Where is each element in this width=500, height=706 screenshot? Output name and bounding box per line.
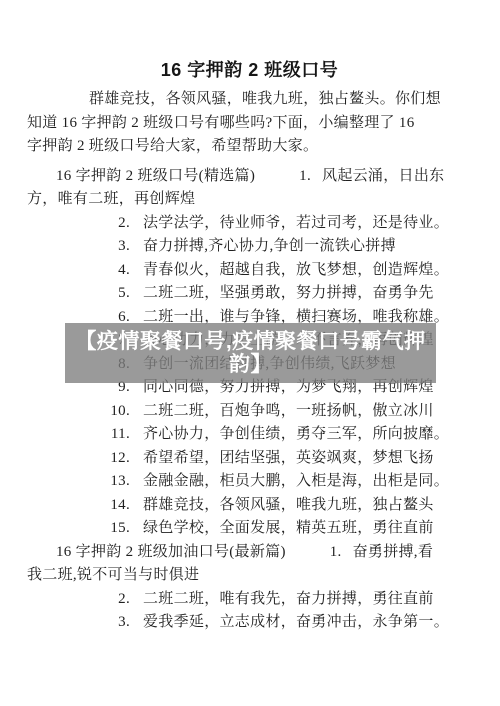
list-item: 11.齐心协力，争创佳绩，勇夺三军，所向披靡。 (27, 423, 472, 447)
item-text: 二班二班，唯有我先，奋力拼搏，勇往直前 (143, 591, 434, 607)
list-item: 14.群雄竞技，各领风骚，唯我九班，独占鳌头 (27, 494, 472, 518)
list-item: 2.二班二班，唯有我先，奋力拼搏，勇往直前 (27, 588, 472, 612)
list-item: 3.爱我季延，立志成材，奋勇冲击，永争第一。 (27, 611, 472, 635)
list-item: 10.二班二班，百炮争鸣，一班扬帆，傲立冰川 (27, 400, 472, 424)
watermark-title-banner: 【疫情聚餐口号,疫情聚餐口号霸气押 韵】 (65, 323, 436, 383)
list-item: 12.希望希望，团结坚强，英姿飒爽，梦想飞扬 (27, 447, 472, 471)
list-item: 2.法学法学，待业师爷，若过司考，还是待业。 (27, 212, 472, 236)
intro-paragraph: 群雄竞技，各领风骚，唯我九班，独占鳌头。你们想 知道 16 字押韵 2 班级口号… (27, 88, 472, 159)
item-text: 金融金融，柜员大鹏，入柜是海，出柜是同。 (143, 473, 449, 489)
intro-line: 知道 16 字押韵 2 班级口号有哪些吗?下面，小编整理了 16 (27, 112, 472, 136)
list-item: 15.绿色学校，全面发展，精英五班，勇往直前 (27, 517, 472, 541)
item-text: 青春似火，超越自我，放飞梦想，创造辉煌。 (143, 262, 449, 278)
item-text: 二班二班，坚强勇敢，努力拼搏，奋勇争先 (143, 285, 434, 301)
section-newest-slogans: 16 字押韵 2 班级加油口号(最新篇)1.奋勇拼搏,看 我二班,锐不可当与时俱… (27, 541, 472, 635)
section-heading-line: 16 字押韵 2 班级口号(精选篇)1.风起云涌，日出东 (27, 165, 472, 189)
item-number: 2. (104, 588, 130, 612)
item-number: 3. (104, 235, 130, 259)
item-number: 13. (104, 470, 130, 494)
item-text-wrap: 我二班,锐不可当与时俱进 (27, 564, 472, 588)
item-text: 绿色学校，全面发展，精英五班，勇往直前 (143, 520, 434, 536)
item-text: 法学法学，待业师爷，若过司考，还是待业。 (143, 215, 449, 231)
item-text: 爱我季延，立志成材，奋勇冲击，永争第一。 (143, 614, 449, 630)
list-item: 4.青春似火，超越自我，放飞梦想，创造辉煌。 (27, 259, 472, 283)
intro-line: 群雄竞技，各领风骚，唯我九班，独占鳌头。你们想 (27, 88, 472, 112)
section-heading: 16 字押韵 2 班级口号(精选篇) (56, 168, 255, 184)
item-text: 齐心协力，争创佳绩，勇夺三军，所向披靡。 (143, 426, 449, 442)
list-item: 3.奋力拼搏,齐心协力,争创一流铁心拼搏 (27, 235, 472, 259)
item-number: 15. (104, 517, 130, 541)
item-text: 风起云涌，日出东 (322, 168, 444, 184)
item-number: 11. (104, 423, 130, 447)
item-number: 12. (104, 447, 130, 471)
list-item: 13.金融金融，柜员大鹏，入柜是海，出柜是同。 (27, 470, 472, 494)
item-text: 二班二班，百炮争鸣，一班扬帆，傲立冰川 (143, 403, 434, 419)
watermark-title-text: 韵】 (65, 353, 436, 376)
item-text: 奋力拼搏,齐心协力,争创一流铁心拼搏 (143, 238, 396, 254)
item-text: 奋勇拼搏,看 (353, 544, 434, 560)
item-number: 1. (299, 168, 311, 184)
item-text-wrap: 方，唯有二班，再创辉煌 (27, 188, 472, 212)
item-number: 1. (330, 544, 342, 560)
item-number: 10. (104, 400, 130, 424)
item-number: 3. (104, 611, 130, 635)
item-text: 希望希望，团结坚强，英姿飒爽，梦想飞扬 (143, 450, 434, 466)
item-number: 2. (104, 212, 130, 236)
item-number: 5. (104, 282, 130, 306)
item-number: 4. (104, 259, 130, 283)
document-page: 16 字押韵 2 班级口号 群雄竞技，各领风骚，唯我九班，独占鳌头。你们想 知道… (0, 0, 500, 635)
page-title: 16 字押韵 2 班级口号 (27, 56, 472, 84)
section-heading: 16 字押韵 2 班级加油口号(最新篇) (56, 544, 286, 560)
intro-line: 字押韵 2 班级口号给大家，希望帮助大家。 (27, 135, 472, 159)
watermark-title-text: 【疫情聚餐口号,疫情聚餐口号霸气押 (65, 330, 436, 353)
item-text: 群雄竞技，各领风骚，唯我九班，独占鳌头 (143, 497, 434, 513)
list-item: 5.二班二班，坚强勇敢，努力拼搏，奋勇争先 (27, 282, 472, 306)
section-heading-line: 16 字押韵 2 班级加油口号(最新篇)1.奋勇拼搏,看 (27, 541, 472, 565)
item-number: 14. (104, 494, 130, 518)
